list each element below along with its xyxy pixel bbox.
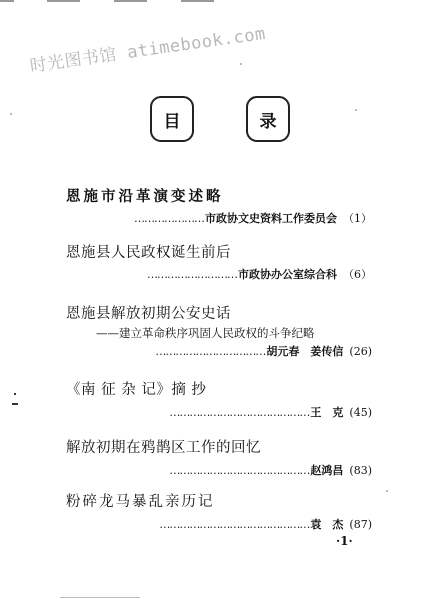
toc-entry-author: 市政协办公室综合科 — [238, 266, 337, 282]
leader-dots: …………………………………… — [169, 406, 309, 419]
toc-entry-title[interactable]: 粉碎龙马暴乱亲历记 — [66, 490, 215, 511]
toc-heading-char-2: 录 — [246, 96, 290, 142]
scan-speck — [355, 109, 357, 111]
toc-entry-byline: ……………………………………… 袁 杰 (87) — [159, 516, 372, 532]
scan-edge-mark — [181, 0, 214, 2]
toc-entry-byline: ……………………… 市政协办公室综合科 （6） — [147, 266, 372, 282]
toc-heading-char-1: 目 — [150, 96, 194, 142]
toc-entry-byline: …………………………………… 赵鸿昌 (83) — [169, 462, 372, 478]
toc-entry-author: 胡元春 姜传信 — [266, 343, 343, 359]
leader-dots: …………………………… — [155, 345, 265, 358]
scan-speck — [60, 597, 140, 598]
toc-entry-title[interactable]: 恩施县人民政权诞生前后 — [66, 241, 231, 262]
scan-artifact-mark — [12, 403, 18, 405]
toc-entry-title[interactable]: 《南 征 杂 记》摘 抄 — [66, 378, 206, 399]
leader-dots: ………………… — [134, 212, 204, 225]
toc-entry-page[interactable]: (83) — [349, 464, 372, 477]
page-number: ·1· — [336, 534, 353, 548]
scan-edge-mark — [0, 0, 14, 2]
toc-entry-page[interactable]: (87) — [349, 518, 372, 531]
toc-entry-author: 王 克 — [310, 404, 343, 420]
toc-entry-title[interactable]: 恩施市沿革演变述略 — [66, 185, 224, 206]
toc-entry-title[interactable]: 解放初期在鸦鹊区工作的回忆 — [66, 436, 261, 457]
scan-speck — [240, 63, 242, 65]
scan-speck — [386, 490, 388, 492]
scan-speck — [10, 113, 12, 115]
toc-entry-byline: …………………………………… 王 克 (45) — [169, 404, 372, 420]
toc-entry-page[interactable]: (45) — [349, 406, 372, 419]
toc-entry-page[interactable]: （6） — [343, 266, 372, 282]
toc-entry-author: 赵鸿昌 — [310, 462, 343, 478]
watermark: 时光图书馆 atimebook.com — [28, 19, 267, 77]
toc-entry-author: 袁 杰 — [310, 516, 343, 532]
toc-entry-author: 市政协文史资料工作委员会 — [205, 210, 337, 226]
leader-dots: ……………………………………… — [159, 518, 309, 531]
scan-artifact-mark — [14, 393, 16, 395]
scan-edge-mark — [47, 0, 80, 2]
toc-entry-byline: …………………………… 胡元春 姜传信 (26) — [155, 343, 372, 359]
scan-edge-mark — [114, 0, 147, 2]
toc-entry-page[interactable]: (26) — [349, 345, 372, 358]
toc-entry-title[interactable]: 恩施县解放初期公安史话 — [66, 302, 231, 323]
leader-dots: …………………………………… — [169, 464, 309, 477]
toc-entry-subtitle: ——建立革命秩序巩固人民政权的斗争纪略 — [96, 325, 315, 341]
toc-entry-page[interactable]: （1） — [343, 210, 372, 226]
leader-dots: ……………………… — [147, 268, 237, 281]
toc-entry-byline: ………………… 市政协文史资料工作委员会 （1） — [134, 210, 372, 226]
